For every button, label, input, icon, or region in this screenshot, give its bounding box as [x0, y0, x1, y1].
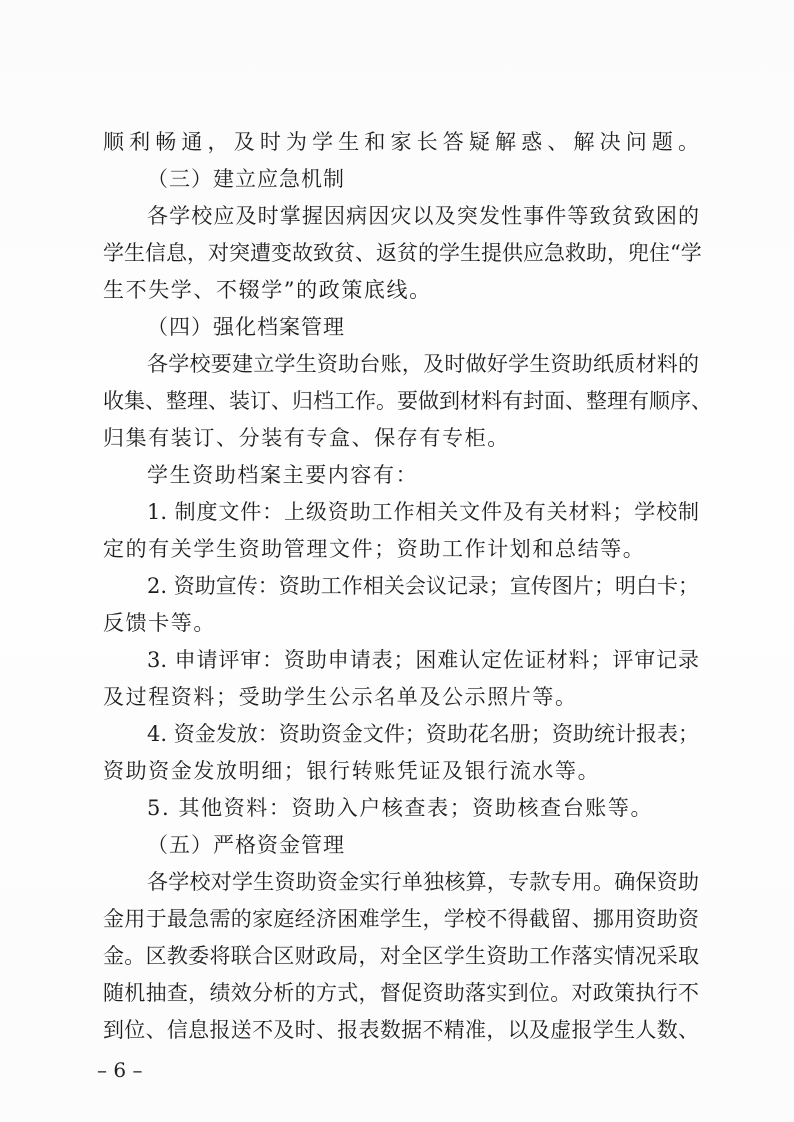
section-heading-3: （三）建立应急机制 [103, 161, 699, 198]
list-item-3-cont: 及过程资料；受助学生公示名单及公示照片等。 [103, 679, 699, 716]
body-line: 各学校要建立学生资助台账，及时做好学生资助纸质材料的 [103, 346, 699, 383]
body-line: 金用于最急需的家庭经济困难学生，学校不得截留、挪用资助资 [103, 901, 699, 938]
page-number: – 6 – [97, 1058, 142, 1082]
list-item-2: 2. 资助宣传：资助工作相关会议记录；宣传图片；明白卡； [103, 568, 699, 605]
list-item-1-cont: 定的有关学生资助管理文件；资助工作计划和总结等。 [103, 531, 699, 568]
body-line: 金。区教委将联合区财政局，对全区学生资助工作落实情况采取 [103, 938, 699, 975]
body-line: 学生资助档案主要内容有： [103, 457, 699, 494]
body-line: 到位、信息报送不及时、报表数据不精准，以及虚报学生人数、 [103, 1012, 699, 1049]
document-page: 顺利畅通，及时为学生和家长答疑解惑、解决问题。 （三）建立应急机制 各学校应及时… [0, 0, 794, 1122]
list-item-4: 4. 资金发放：资助资金文件；资助花名册；资助统计报表； [103, 716, 699, 753]
list-item-5: 5. 其他资料：资助入户核查表；资助核查台账等。 [103, 790, 699, 827]
body-line: 归集有装订、分装有专盒、保存有专柜。 [103, 420, 699, 457]
section-heading-5: （五）严格资金管理 [103, 827, 699, 864]
list-item-3: 3. 申请评审：资助申请表；困难认定佐证材料；评审记录 [103, 642, 699, 679]
body-line: 随机抽查，绩效分析的方式，督促资助落实到位。对政策执行不 [103, 975, 699, 1012]
body-line: 各学校应及时掌握因病因灾以及突发性事件等致贫致困的 [103, 198, 699, 235]
body-line: 学生信息，对突遭变故致贫、返贫的学生提供应急救助，兜住“学 [103, 235, 699, 272]
body-line: 生不失学、不辍学”的政策底线。 [103, 272, 699, 309]
body-line: 顺利畅通，及时为学生和家长答疑解惑、解决问题。 [103, 124, 699, 161]
body-line: 各学校对学生资助资金实行单独核算，专款专用。确保资助 [103, 864, 699, 901]
document-body: 顺利畅通，及时为学生和家长答疑解惑、解决问题。 （三）建立应急机制 各学校应及时… [103, 124, 699, 1049]
section-heading-4: （四）强化档案管理 [103, 309, 699, 346]
list-item-4-cont: 资助资金发放明细；银行转账凭证及银行流水等。 [103, 753, 699, 790]
body-line: 收集、整理、装订、归档工作。要做到材料有封面、整理有顺序、 [103, 383, 699, 420]
list-item-2-cont: 反馈卡等。 [103, 605, 699, 642]
list-item-1: 1. 制度文件：上级资助工作相关文件及有关材料；学校制 [103, 494, 699, 531]
